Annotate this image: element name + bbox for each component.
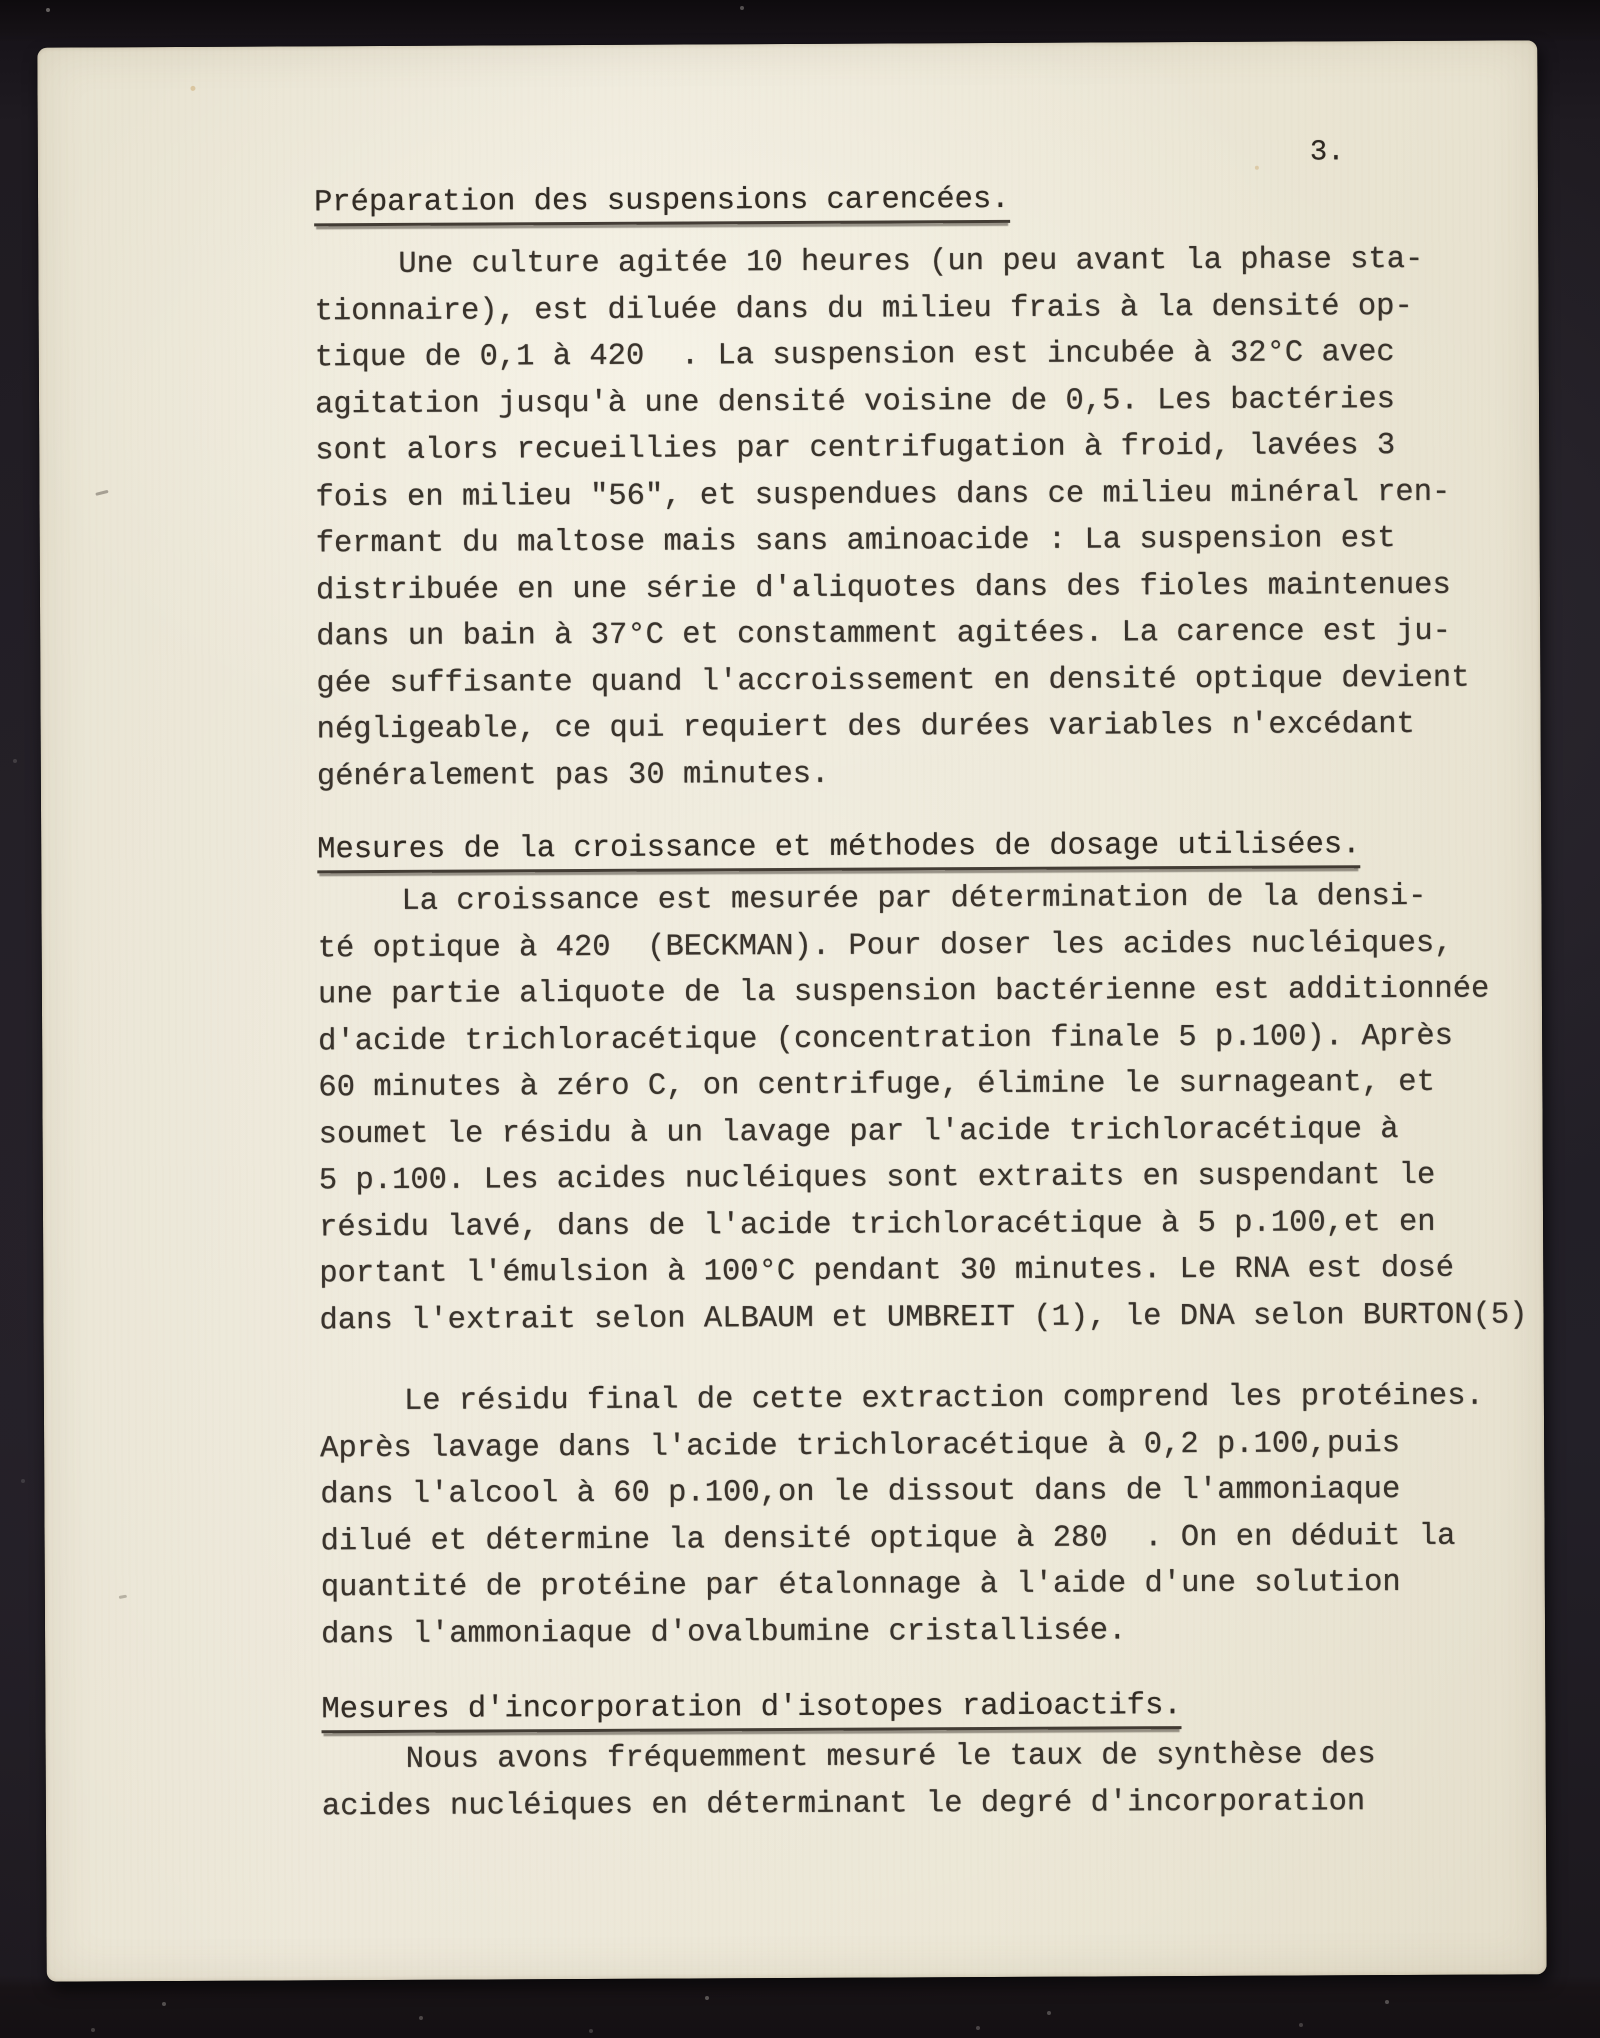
text-line: dilué et détermine la densité optique à … — [320, 1513, 1484, 1565]
paragraph-isotopes: Nous avons fréquemment mesuré le taux de… — [322, 1732, 1377, 1830]
text-line: fois en milieu "56", et suspendues dans … — [315, 469, 1468, 521]
text-line: Après lavage dans l'acide trichloracétiq… — [320, 1420, 1484, 1472]
text-line: té optique à 420 (BECKMAN). Pour doser l… — [318, 920, 1526, 972]
dust-specks — [0, 0, 2, 2]
text-line: sont alors recueillies par centrifugatio… — [315, 423, 1468, 475]
paragraph-preparation: Une culture agitée 10 heures (un peu ava… — [314, 237, 1470, 801]
text-line: soumet le résidu à un lavage par l'acide… — [318, 1106, 1526, 1158]
paper-stain — [714, 1577, 718, 1581]
text-line: généralement pas 30 minutes. — [317, 748, 1470, 800]
text-line: dans l'alcool à 60 p.100,on le dissout d… — [320, 1467, 1484, 1519]
text-line: Le résidu final de cette extraction comp… — [320, 1374, 1484, 1426]
text-line: 5 p.100. Les acides nucléiques sont extr… — [319, 1152, 1527, 1204]
text-line: La croissance est mesurée par déterminat… — [317, 873, 1525, 925]
paragraph-proteines: Le résidu final de cette extraction comp… — [320, 1374, 1485, 1659]
text-line: agitation jusqu'à une densité voisine de… — [315, 376, 1468, 428]
paper-stain — [1255, 166, 1259, 170]
text-line: gée suffisante quand l'accroissement en … — [316, 655, 1469, 707]
text-line: quantité de protéine par étalonnage à l'… — [321, 1560, 1485, 1612]
text-line: résidu lavé, dans de l'acide trichloracé… — [319, 1199, 1527, 1251]
text-line: Une culture agitée 10 heures (un peu ava… — [314, 237, 1467, 289]
heading-underlined-text: Mesures de la croissance et méthodes de … — [317, 828, 1360, 873]
pencil-mark — [95, 490, 108, 496]
page-number: 3. — [1310, 129, 1345, 175]
text-line: dans l'extrait selon ALBAUM et UMBREIT (… — [319, 1292, 1527, 1344]
heading-underlined-text: Préparation des suspensions carencées. — [314, 183, 1010, 226]
photo-mat-bottom-band — [0, 1976, 1600, 2038]
paper-stain — [190, 86, 195, 91]
paragraph-dosage: La croissance est mesurée par déterminat… — [317, 873, 1527, 1344]
text-line: dans un bain à 37°C et constamment agité… — [316, 609, 1469, 661]
section-heading-isotopes: Mesures d'incorporation d'isotopes radio… — [321, 1683, 1181, 1734]
section-heading-mesures-croissance: Mesures de la croissance et méthodes de … — [317, 822, 1360, 874]
text-line: d'acide trichloracétique (concentration … — [318, 1013, 1526, 1065]
text-line: acides nucléiques en déterminant le degr… — [322, 1779, 1376, 1831]
document-page: 3. Préparation des suspensions carencées… — [37, 40, 1546, 1981]
text-line: tionnaire), est diluée dans du milieu fr… — [314, 283, 1467, 335]
text-line: fermant du maltose mais sans aminoacide … — [316, 516, 1469, 568]
pencil-mark — [119, 1595, 127, 1599]
heading-underlined-text: Mesures d'incorporation d'isotopes radio… — [321, 1689, 1181, 1733]
section-heading-preparation: Préparation des suspensions carencées. — [314, 177, 1010, 227]
text-line: Nous avons fréquemment mesuré le taux de… — [322, 1732, 1376, 1784]
text-line: portant l'émulsion à 100°C pendant 30 mi… — [319, 1245, 1527, 1297]
text-line: dans l'ammoniaque d'ovalbumine cristalli… — [321, 1606, 1485, 1658]
text-line: une partie aliquote de la suspension bac… — [318, 966, 1526, 1018]
text-line: négligeable, ce qui requiert des durées … — [317, 702, 1470, 754]
photo-backdrop: { "colors":{ "mat":"#1e1a1f", "paper":"#… — [0, 0, 1600, 2038]
photo-mat-top-band — [0, 0, 1600, 42]
text-line: distribuée en une série d'aliquotes dans… — [316, 562, 1469, 614]
text-line: tique de 0,1 à 420 . La suspension est i… — [315, 330, 1468, 382]
text-line: 60 minutes à zéro C, on centrifuge, élim… — [318, 1059, 1526, 1111]
